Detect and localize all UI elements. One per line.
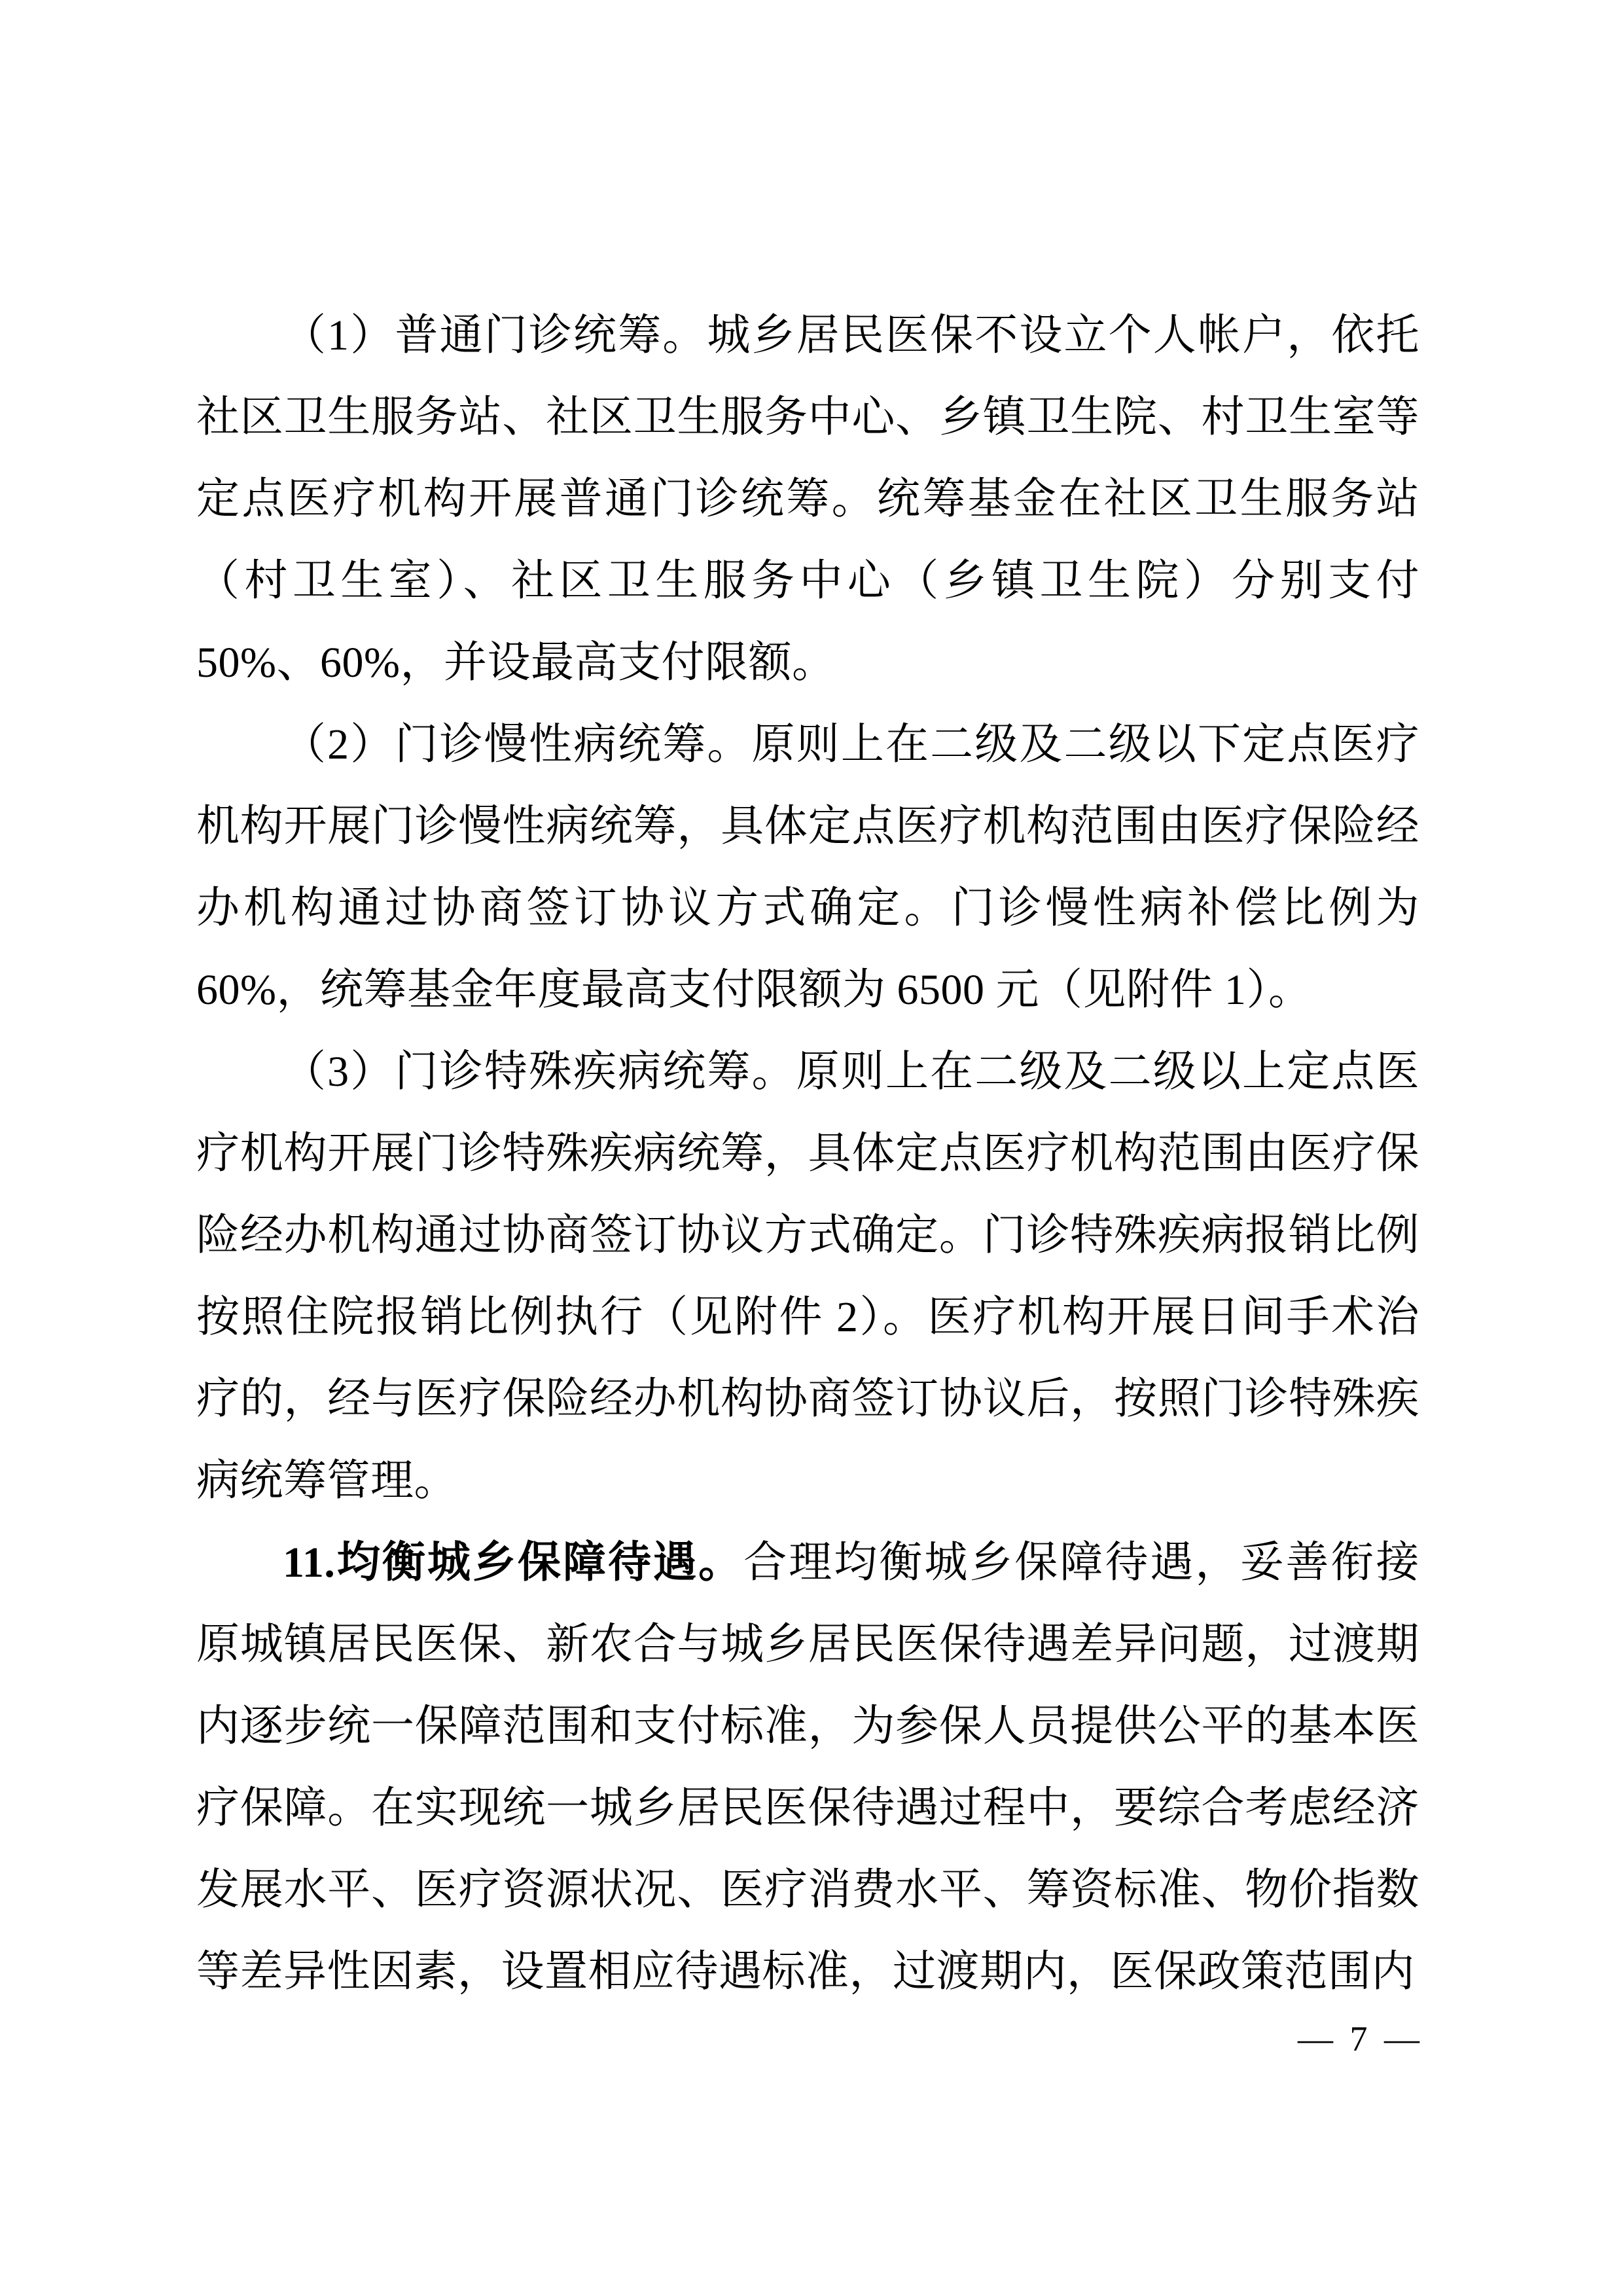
paragraph-text: （2）门诊慢性病统筹。原则上在二级及二级以下定点医疗机构开展门诊慢性病统筹，具体… bbox=[196, 721, 1419, 1014]
paragraph-lead-bold: 11.均衡城乡保障待遇。 bbox=[283, 1539, 743, 1587]
document-page: （1）普通门诊统筹。城乡居民医保不设立个人帐户，依托社区卫生服务站、社区卫生服务… bbox=[0, 0, 1623, 2296]
paragraph-balance-benefits: 11.均衡城乡保障待遇。合理均衡城乡保障待遇，妥善衔接原城镇居民医保、新农合与城… bbox=[196, 1522, 1419, 2013]
paragraph-general-outpatient: （1）普通门诊统筹。城乡居民医保不设立个人帐户，依托社区卫生服务站、社区卫生服务… bbox=[196, 295, 1419, 704]
document-body: （1）普通门诊统筹。城乡居民医保不设立个人帐户，依托社区卫生服务站、社区卫生服务… bbox=[196, 295, 1419, 2013]
paragraph-chronic-disease: （2）门诊慢性病统筹。原则上在二级及二级以下定点医疗机构开展门诊慢性病统筹，具体… bbox=[196, 704, 1419, 1031]
page-number: — 7 — bbox=[1298, 2021, 1423, 2056]
paragraph-text: （3）门诊特殊疾病统筹。原则上在二级及二级以上定点医疗机构开展门诊特殊疾病统筹，… bbox=[196, 1048, 1419, 1505]
paragraph-text: 合理均衡城乡保障待遇，妥善衔接原城镇居民医保、新农合与城乡居民医保待遇差异问题，… bbox=[196, 1539, 1419, 1996]
paragraph-text: （1）普通门诊统筹。城乡居民医保不设立个人帐户，依托社区卫生服务站、社区卫生服务… bbox=[196, 312, 1419, 687]
paragraph-special-disease: （3）门诊特殊疾病统筹。原则上在二级及二级以上定点医疗机构开展门诊特殊疾病统筹，… bbox=[196, 1031, 1419, 1522]
